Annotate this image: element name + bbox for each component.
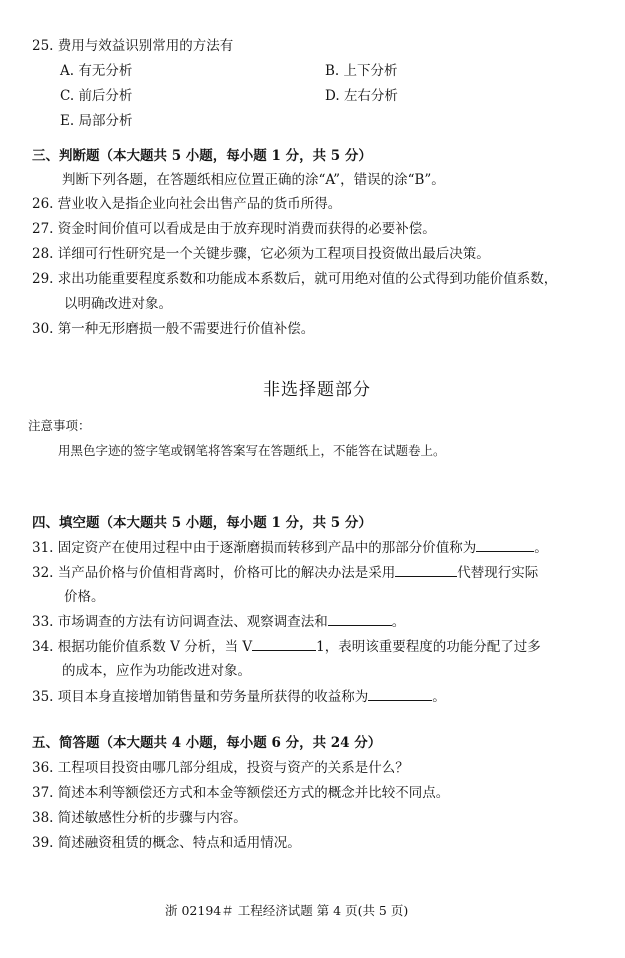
answer-blank — [368, 687, 432, 701]
question-text: 当产品价格与价值相背离时，价格可比的解决办法是采用 — [58, 565, 396, 581]
question-text: 项目本身直接增加销售量和劳务量所获得的收益称为 — [58, 689, 369, 705]
question-text: 简述融资租赁的概念、特点和适用情况。 — [58, 835, 301, 851]
question-number: 39. — [32, 835, 53, 851]
question-31: 31. 固定资产在使用过程中由于逐渐磨损而转移到产品中的那部分价值称为。 — [32, 538, 548, 557]
question-29: 29. 求出功能重要程度系数和功能成本系数后，就可用绝对值的公式得到功能价值系数… — [32, 270, 557, 288]
answer-blank — [476, 538, 534, 552]
option-text: 上下分析 — [344, 63, 398, 79]
option-c: C. 前后分析 — [60, 87, 132, 105]
question-text: 营业收入是指企业向社会出售产品的货币所得。 — [58, 196, 342, 212]
question-text: 工程项目投资由哪几部分组成，投资与资产的关系是什么？ — [58, 760, 409, 776]
question-30: 30. 第一种无形磨损一般不需要进行价值补偿。 — [32, 320, 314, 338]
option-letter: C. — [60, 88, 74, 104]
option-letter: D. — [325, 88, 340, 104]
question-text: 根据功能价值系数 V 分析，当 V — [58, 639, 252, 655]
question-text: 第一种无形磨损一般不需要进行价值补偿。 — [58, 321, 315, 337]
question-37: 37. 简述本利等额偿还方式和本金等额偿还方式的概念并比较不同点。 — [32, 784, 449, 802]
question-text: 简述敏感性分析的步骤与内容。 — [58, 810, 247, 826]
question-28: 28. 详细可行性研究是一个关键步骤，它必须为工程项目投资做出最后决策。 — [32, 245, 490, 263]
option-text: 局部分析 — [78, 113, 132, 129]
question-number: 26. — [32, 196, 53, 212]
section-5-heading: 五、简答题（本大题共 4 小题，每小题 6 分，共 24 分） — [32, 734, 381, 752]
question-text-end: 。 — [392, 614, 406, 630]
option-text: 前后分析 — [78, 88, 132, 104]
question-text: 求出功能重要程度系数和功能成本系数后，就可用绝对值的公式得到功能价值系数， — [58, 271, 558, 287]
notice-label: 注意事项： — [28, 417, 91, 435]
question-33: 33. 市场调查的方法有访问调查法、观察调查法和。 — [32, 612, 405, 631]
question-26: 26. 营业收入是指企业向社会出售产品的货币所得。 — [32, 195, 341, 213]
answer-blank — [328, 612, 392, 626]
question-text-end: 。 — [432, 689, 446, 705]
question-39: 39. 简述融资租赁的概念、特点和适用情况。 — [32, 834, 301, 852]
answer-blank — [395, 563, 457, 577]
question-35: 35. 项目本身直接增加销售量和劳务量所获得的收益称为。 — [32, 687, 446, 706]
question-number: 33. — [32, 614, 53, 630]
question-25: 25. 费用与效益识别常用的方法有 — [32, 37, 233, 55]
answer-blank — [252, 637, 316, 651]
section-3-heading: 三、判断题（本大题共 5 小题，每小题 1 分，共 5 分） — [32, 147, 372, 165]
section-3-instruction: 判断下列各题，在答题纸相应位置正确的涂“A”，错误的涂“B”。 — [62, 171, 445, 189]
question-text-end: 。 — [534, 540, 548, 556]
question-number: 37. — [32, 785, 53, 801]
option-letter: B. — [325, 63, 339, 79]
question-34-continued: 的成本，应作为功能改进对象。 — [62, 662, 251, 680]
question-27: 27. 资金时间价值可以看成是由于放弃现时消费而获得的必要补偿。 — [32, 220, 436, 238]
option-letter: E. — [60, 113, 74, 129]
question-29-continued: 以明确改进对象。 — [64, 295, 172, 313]
question-number: 32. — [32, 565, 53, 581]
option-d: D. 左右分析 — [325, 87, 398, 105]
question-text: 详细可行性研究是一个关键步骤，它必须为工程项目投资做出最后决策。 — [58, 246, 490, 262]
question-text: 费用与效益识别常用的方法有 — [58, 38, 234, 54]
option-text: 左右分析 — [344, 88, 398, 104]
question-number: 28. — [32, 246, 53, 262]
question-number: 35. — [32, 689, 53, 705]
question-36: 36. 工程项目投资由哪几部分组成，投资与资产的关系是什么？ — [32, 759, 409, 777]
question-number: 38. — [32, 810, 53, 826]
question-number: 31. — [32, 540, 53, 556]
question-38: 38. 简述敏感性分析的步骤与内容。 — [32, 809, 247, 827]
page-footer: 浙 02194＃ 工程经济试题 第 4 页(共 5 页) — [165, 902, 408, 920]
option-text: 有无分析 — [78, 63, 132, 79]
question-number: 25. — [32, 37, 53, 55]
question-number: 34. — [32, 639, 53, 655]
question-text-end: 1，表明该重要程度的功能分配了过多 — [316, 639, 541, 655]
option-e: E. 局部分析 — [60, 112, 132, 130]
question-number: 29. — [32, 271, 53, 287]
question-text: 资金时间价值可以看成是由于放弃现时消费而获得的必要补偿。 — [58, 221, 436, 237]
question-number: 30. — [32, 321, 53, 337]
question-text: 简述本利等额偿还方式和本金等额偿还方式的概念并比较不同点。 — [58, 785, 450, 801]
question-number: 36. — [32, 760, 53, 776]
question-text: 固定资产在使用过程中由于逐渐磨损而转移到产品中的那部分价值称为 — [58, 540, 477, 556]
question-34: 34. 根据功能价值系数 V 分析，当 V1，表明该重要程度的功能分配了过多 — [32, 637, 541, 656]
option-letter: A. — [60, 63, 74, 79]
part-title: 非选择题部分 — [263, 381, 371, 399]
question-32: 32. 当产品价格与价值相背离时，价格可比的解决办法是采用代替现行实际 — [32, 563, 538, 582]
question-number: 27. — [32, 221, 53, 237]
question-32-continued: 价格。 — [64, 588, 105, 606]
option-b: B. 上下分析 — [325, 62, 398, 80]
section-4-heading: 四、填空题（本大题共 5 小题，每小题 1 分，共 5 分） — [32, 514, 372, 532]
notice-text: 用黑色字迹的签字笔或钢笔将答案写在答题纸上，不能答在试题卷上。 — [58, 442, 446, 460]
question-text-end: 代替现行实际 — [457, 565, 538, 581]
question-text: 市场调查的方法有访问调查法、观察调查法和 — [58, 614, 328, 630]
option-a: A. 有无分析 — [60, 62, 132, 80]
